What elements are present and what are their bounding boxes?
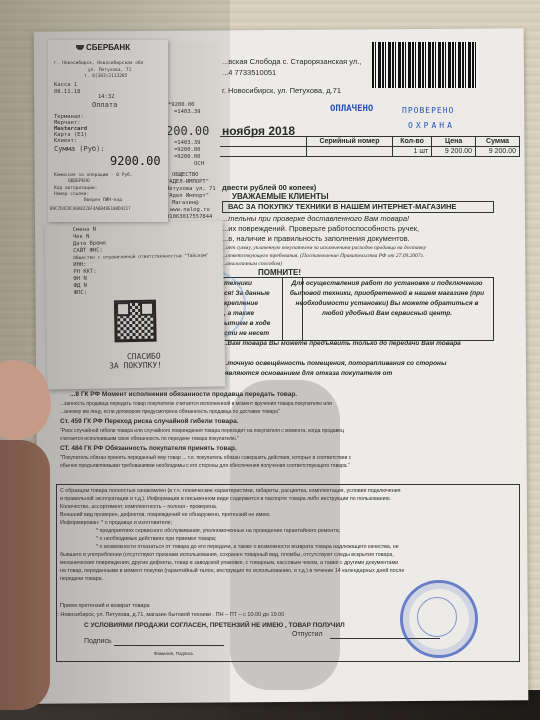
- acceptance-b12: передачи товара.: [60, 575, 103, 584]
- receipt-line: Общество с ограниченной ответственностью…: [73, 253, 209, 262]
- notice-p1: ...тельны при проверке доставленного Вам…: [222, 214, 409, 223]
- notice-p2: ...их повреждений. Проверьте работоспосо…: [222, 224, 419, 233]
- claims-address: г. Новосибирск, ул. Петухова, д.71, мага…: [56, 611, 284, 620]
- table-header-row: Серийный номер Кол-во Цена Сумма: [220, 137, 520, 147]
- name-signature-hint: Фамилия, Подпись: [154, 649, 193, 658]
- receipt-time: 14:32: [98, 94, 115, 101]
- agreement-statement: С УСЛОВИЯМИ ПРОДАЖИ СОГЛАСЕН, ПРЕТЕНЗИЙ …: [84, 621, 345, 630]
- art484-text2: обычно предъявляемыми требованиями необх…: [60, 462, 350, 471]
- receipt-line: www.nalog.ru: [170, 207, 210, 214]
- signature-line: [114, 645, 224, 646]
- seller-inn: ...4 7733510051: [222, 68, 276, 77]
- receipt-line: "АДЕЛ-ИМПОРТ": [166, 179, 209, 186]
- art458-title: ...8 ГК РФ Момент исполнения обязанности…: [70, 390, 297, 399]
- cell-sum: 9 200.00: [476, 147, 520, 157]
- header-sum: Сумма: [476, 137, 520, 147]
- bank-logo: СБЕРБАНК: [76, 44, 130, 51]
- table-row: 1 шт 9 200.00 9 200.00: [220, 147, 520, 157]
- legal-l1: ...точную освещённость помещения, потора…: [222, 359, 447, 368]
- cell-blank: [220, 147, 307, 157]
- receipt-register: Касса 1: [54, 82, 77, 89]
- items-table: Серийный номер Кол-во Цена Сумма 1 шт 9 …: [220, 136, 520, 157]
- receipt-sum-label: Сумма (Руб):: [54, 146, 105, 153]
- receipt-line: Петухова ул, 71: [166, 186, 216, 193]
- art459-text2: считается исполнившим свою обязанность п…: [60, 435, 239, 444]
- seller-address-line1: ...вская Слобода с. Старорязанская ул.,: [222, 57, 361, 66]
- receipt-line: *9200.00: [168, 102, 195, 109]
- header-blank: [220, 137, 307, 147]
- receipt-line: Магазин@: [172, 200, 199, 207]
- receipt-line: =9200.00: [174, 147, 201, 154]
- cell-price: 9 200.00: [432, 147, 476, 157]
- bank-name: СБЕРБАНК: [86, 43, 130, 52]
- art458-text2: ...анному им лицу, если договором предус…: [60, 408, 280, 417]
- receipt-line: ФПС:: [74, 290, 87, 297]
- signature-label: Подпись: [84, 637, 112, 646]
- header-price: Цена: [432, 137, 476, 147]
- receipt-line: ОСН: [194, 161, 204, 168]
- claims-line: ...Вам товара Вы можете предъявить тольк…: [222, 339, 461, 348]
- receipt-date: 08.11.18: [54, 89, 81, 96]
- stamp-guard: ОХРАНА: [408, 121, 455, 130]
- receipt-large-total: 200.00: [166, 124, 209, 138]
- receipt-line: ОБЩЕСТВО: [172, 172, 199, 179]
- art484-title: СТ. 484 ГК РФ Обязанность покупателя при…: [60, 444, 237, 453]
- art459-title: Ст. 459 ГК РФ Переход риска случайной ги…: [60, 417, 239, 426]
- notice-p3: ...в, наличие и правильность заполнения …: [222, 234, 410, 243]
- receipt-hash: B9C7D4CDCA0A0226F4A6B48E108D4217: [50, 205, 131, 212]
- receipt-pin-note: Введен ПИН-код: [84, 197, 122, 204]
- bank-logo-icon: [76, 45, 84, 50]
- amount-in-words: двести рублей 00 копеек): [222, 183, 316, 192]
- receipt-thanks-2: ЗА ПОКУПКУ!: [109, 361, 162, 371]
- receipt-sum: 9200.00: [110, 154, 161, 168]
- stamp-checked: ПРОВЕРЕНО: [402, 106, 454, 115]
- fiscal-receipt: Смена N Чек N Дата Время САЙТ ФНС: Общес…: [45, 220, 226, 389]
- receipt-client: Клиент:: [54, 138, 77, 145]
- receipt-line: "Адел Импорт": [166, 193, 209, 200]
- released-by-label: Отпустил: [292, 630, 323, 639]
- receipt-line: =9200.00: [174, 154, 201, 161]
- acceptance-b11: на товар, переданными в момент покупки (…: [60, 567, 404, 576]
- receipt-approved: ОДОБРЕНО: [68, 178, 90, 185]
- remember-heading: ПОМНИТЕ!: [258, 268, 301, 277]
- stamp-paid: ОПЛАЧЕНО: [330, 104, 373, 114]
- right-box-text: Для осуществления работ по установке и п…: [286, 279, 488, 319]
- header-serial: Серийный номер: [307, 137, 393, 147]
- cell-serial: [307, 147, 393, 157]
- header-qty: Кол-во: [392, 137, 431, 147]
- sberbank-receipt: СБЕРБАНК г. Новосибирск, Новосибирская о…: [48, 40, 168, 222]
- dear-clients-heading: УВАЖАЕМЫЕ КЛИЕНТЫ: [232, 192, 329, 201]
- receipt-city: г. Новосибирск, Новосибирская обл: [54, 60, 143, 67]
- cell-qty: 1 шт: [392, 147, 431, 157]
- receipt-line: =1403.39: [174, 140, 201, 147]
- receipt-operation: Оплата: [92, 102, 117, 109]
- receipt-phone: т. 8(383)2113285: [84, 73, 127, 80]
- thanks-banner: ВАС ЗА ПОКУПКУ ТЕХНИКИ В НАШЕМ ИНТЕРНЕТ-…: [228, 202, 456, 211]
- receipt-line: =1403.39: [174, 109, 201, 116]
- company-round-stamp: [400, 580, 478, 658]
- barcode: [372, 42, 478, 88]
- claims-title: Прием претензий и возврат товара: [60, 602, 150, 611]
- seller-address-line2: г. Новосибирск, ул. Петухова, д.71: [222, 86, 341, 95]
- stamp-inner-ring: [417, 597, 457, 637]
- receipt-commission: Комиссия за операцию - 0 Руб.: [54, 172, 133, 179]
- qr-code: [114, 300, 157, 343]
- hand: [0, 440, 50, 710]
